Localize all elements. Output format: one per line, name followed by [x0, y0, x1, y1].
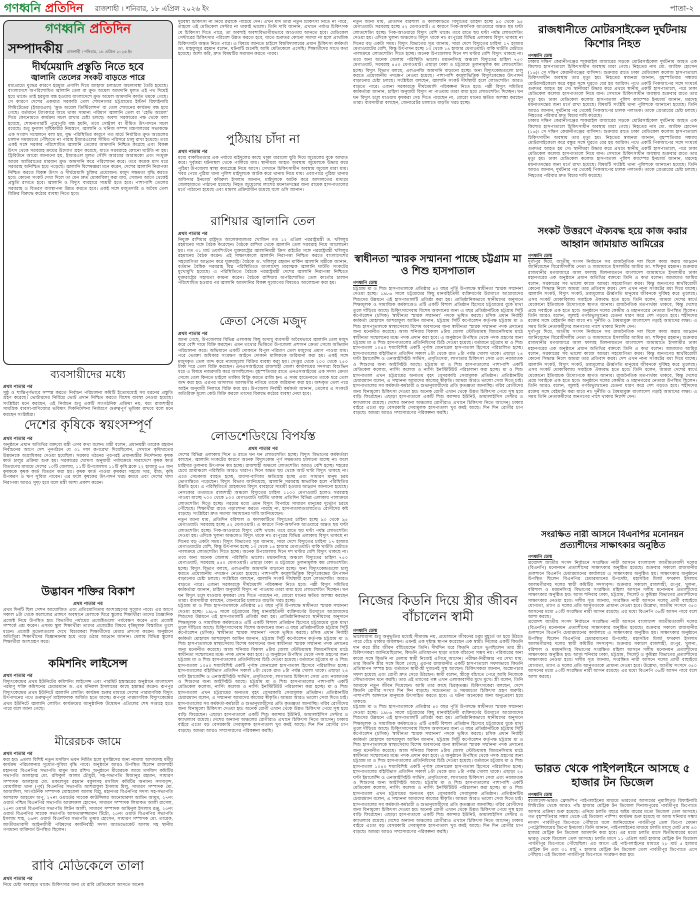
article-india-pipeline-diesel[interactable]: ভারত থেকে পাইপলাইনে আসছে ৫ হাজার টন ডিজে…	[528, 762, 697, 910]
article-byline: গণধ্বনি ডেস্ক	[528, 52, 697, 60]
article-body: নিযুক্ত রাশিয়ার রাষ্ট্রদূত আলেকজান্ডার …	[178, 238, 348, 287]
article-body: নিয়ে চেষ্টা অব্যাহত থাকে। চিকিৎসার জন্য…	[3, 883, 173, 888]
article-headline: কমিশনিং লাইসেন্স	[3, 657, 173, 671]
article-headline: রাশিয়ার জ্বালানি তেল	[178, 214, 348, 229]
article-kidney[interactable]: নিজের কিডনি দিয়ে স্ত্রীর জীবন বাঁচালেন …	[353, 592, 523, 910]
article-byline: গণধ্বনি ডেস্ক	[353, 627, 523, 635]
article-swadhinata-smarak[interactable]: স্বাধীনতা স্মারক সম্মাননা পাচ্ছে চট্টগ্র…	[353, 252, 523, 592]
editorial-logo-part1: গণধ্বনি	[45, 22, 85, 37]
article-jamaat-amir[interactable]: সংকট উত্তরণে ঐক্যবদ্ধ হয়ে কাজ করার আহ্ব…	[528, 225, 697, 530]
column-1: গণধ্বনি প্রতিদিন সম্পাদকীয় রাজশাহী । শন…	[3, 20, 173, 910]
article-body: ভালোবাসা শুধু অনুভূতির মধ্যেই সীমাবদ্ধ ন…	[353, 635, 523, 705]
editorial-date: রাজশাহী । শনিবার, ১৮ এপ্রিল ২০২৬ ইং	[67, 49, 132, 56]
article-headline: দেশের কৃষিকে স্বয়ংসম্পূর্ণ	[3, 418, 173, 434]
article-puthia[interactable]: পুঠিয়ায় চাঁদা না প্রথম পাতার পর মধ্যে …	[178, 132, 348, 214]
article-headline: ক্রেতা সেজে মজুদ	[178, 314, 348, 329]
article-kreta-seje[interactable]: ক্রেতা সেজে মজুদ প্রথম পাতার পর জানা গেছ…	[178, 314, 348, 429]
article-byline: প্রথম পাতার পর	[3, 875, 173, 883]
article-body-continued-2: চট্টগ্রাম মা ও শিশু হাসপাতালকে প্রতিষ্ঠা…	[178, 604, 348, 734]
editorial-body: মধ্যপ্রাচ্যে যুদ্ধের কারণে হরমুজ প্রণালি…	[8, 84, 168, 198]
article-byline: প্রথম পাতার পর	[178, 230, 348, 238]
editorial-subheadline: জ্বালানি তেলের সংকট বাড়তে পারে	[8, 73, 168, 82]
editorial-section-title: সম্পাদকীয়	[8, 40, 63, 61]
article-headline: লোডশেডিংয়ে বিপর্যস্ত	[178, 429, 348, 444]
article-headline: রাবি মেডিকেলে তালা	[3, 859, 173, 874]
article-body-continued: ঢাকার দক্ষিণ কেরানীগঞ্জের শাকরাইল বাজারে…	[528, 119, 697, 178]
article-byline: প্রথম পাতার পর	[3, 435, 173, 443]
article-bnp-reserved-seats[interactable]: সংরক্ষিত নারী আসনে বিএনপির মনোনয়ন প্রত্…	[528, 530, 697, 762]
article-byline: প্রথম পাতার পর	[3, 600, 173, 608]
article-commissioning[interactable]: কমিশনিং লাইসেন্স প্রথম পাতার পর বিদ্যুৎক…	[3, 657, 173, 735]
editorial-logo: গণধ্বনি প্রতিদিন	[8, 23, 168, 37]
article-body: করা হয়। ৬তলা বিশিষ্ট নতুন মসজিদ ভবন নির…	[3, 758, 173, 834]
article-body: জানা গেছে, উপজেলার বিভিন্ন এলাকায় কিছু …	[178, 338, 348, 397]
article-byline: প্রথম পাতার পর	[3, 750, 173, 758]
article-krishi[interactable]: দেশের কৃষিকে স্বয়ংসম্পূর্ণ প্রথম পাতার …	[3, 417, 173, 585]
article-body: ত্রয়োদশ জাতীয় সংসদ নির্বাচনে সংরক্ষিত …	[528, 561, 697, 620]
article-udbhabon[interactable]: উদ্ভাবন শক্তির বিকাশ প্রথম পাতার পর প্রথ…	[3, 585, 173, 657]
article-loadshedding[interactable]: লোডশেডিংয়ে বিপর্যস্ত প্রথম পাতার পর দেশ…	[178, 429, 348, 909]
article-body: দুর্গাপুর দিয়ে, জাতীয় সংসদ নির্বাচনে স…	[528, 260, 697, 330]
editorial-box: গণধ্বনি প্রতিদিন সম্পাদকীয় রাজশাহী । শন…	[3, 20, 173, 365]
article-russia-fuel[interactable]: রাশিয়ার জ্বালানি তেল প্রথম পাতার পর নিয…	[178, 214, 348, 314]
page-number: পাতা-২	[670, 3, 694, 16]
editorial-headline: দীর্ঘমেয়াদি প্রস্তুতি নিতে হবে	[8, 62, 168, 73]
article-body: ঢাকার দক্ষিণ কেরানীগঞ্জের শাকরাইল বাজারে…	[528, 60, 697, 119]
article-body: সুষ্ঠু ও শান্তিপূর্ণভাবে সম্পন্ন করতে নি…	[3, 391, 173, 417]
column-2: দুরবস্থা চিকিৎসা না নিয়ে রত্নাকে পাঠিয়…	[178, 20, 348, 910]
column-3: নতুন জানা যায়, প্রতিদিন বরিশাল ও কালকাট…	[353, 20, 523, 910]
newspaper-logo: গণধ্বনি প্রতিদিন	[4, 0, 83, 16]
article-body: প্রথম দিনটি ছিল সেশন আয়োজিত এবং প্রতিযো…	[3, 608, 173, 646]
article-byline: প্রথম পাতার পর	[3, 672, 173, 680]
article-byline: গণধ্বনি ডেস্ক	[528, 553, 697, 561]
masthead: গণধ্বনি প্রতিদিন রাজশাহী । শনিবার, ১৮ এপ…	[0, 0, 700, 17]
article-byline: প্রথম পাতার পর	[178, 445, 348, 453]
article-body-continued: চট্টগ্রাম মা ও শিশু হাসপাতালকে প্রতিষ্ঠা…	[353, 705, 523, 835]
article-byline: গণধ্বনি ডেস্ক	[528, 791, 697, 799]
article-headline: সংরক্ষিত নারী আসনে বিএনপির মনোনয়ন প্রত্…	[528, 530, 697, 552]
article-body: বিদ্যুৎকেন্দ্রের প্রথম ইউনিটের কমিশনিং ল…	[3, 680, 173, 712]
column-4: রাজধানীতে মোটরসাইকেল দুর্ঘটনায় কিশোর নি…	[528, 20, 697, 910]
article-body-continued: নতুন জানা যায়, প্রতিদিন বরিশাল ও কালকাট…	[178, 518, 348, 605]
article-rabi-continued[interactable]: দুরবস্থা চিকিৎসা না নিয়ে রত্নাকে পাঠিয়…	[178, 20, 348, 132]
article-body: দেশের বিভিন্ন এলাকায় দিনে ও রাতে ঘন ঘন …	[178, 453, 348, 518]
article-headline: ব্যবসায়ীদের মধ্যে	[3, 368, 173, 382]
article-byline: প্রথম পাতার পর	[3, 383, 173, 391]
article-loadshedding-continued[interactable]: নতুন জানা যায়, প্রতিদিন বরিশাল ও কালকাট…	[353, 20, 523, 252]
article-byline: গণধ্বনি ডেস্ক	[528, 252, 697, 260]
article-byline: গণধ্বনি ডেস্ক	[353, 279, 523, 287]
article-headline: ভারত থেকে পাইপলাইনে আসছে ৫ হাজার টন ডিজে…	[528, 762, 697, 790]
article-body: মধ্যে বাকবিতণ্ডার এক পর্যায়ে মাইদুলের ক…	[178, 156, 348, 194]
article-byline: প্রথম পাতার পর	[178, 148, 348, 156]
article-body: চট্টগ্রাম মা ও শিশু হাসপাতালকে প্রতিষ্ঠা…	[353, 287, 523, 417]
article-body: দুরবস্থা চিকিৎসা না নিয়ে রত্নাকে পাঠিয়…	[178, 20, 348, 58]
article-headline: সংকট উত্তরণে ঐক্যবদ্ধ হয়ে কাজ করার আহ্ব…	[528, 225, 697, 251]
article-bybosayider[interactable]: ব্যবসায়ীদের মধ্যে প্রথম পাতার পর সুষ্ঠু…	[3, 365, 173, 417]
article-body: নতুন জানা যায়, প্রতিদিন বরিশাল ও কালকাট…	[353, 20, 523, 107]
article-headline: মীরেরচক জামে	[3, 735, 173, 749]
article-body-continued: দুর্গাপুর দিয়ে, জাতীয় সংসদ নির্বাচনে স…	[528, 330, 697, 400]
logo-part2: প্রতিদিন	[45, 1, 83, 15]
article-byline: প্রথম পাতার পর	[178, 330, 348, 338]
article-headline: রাজধানীতে মোটরসাইকেল দুর্ঘটনায় কিশোর নি…	[528, 23, 697, 51]
article-body-continued: ত্রয়োদশ জাতীয় সংসদ নির্বাচনে সংরক্ষিত …	[528, 620, 697, 679]
article-headline: পুঠিয়ায় চাঁদা না	[178, 132, 348, 147]
article-headline: স্বাধীনতা স্মারক সম্মাননা পাচ্ছে চট্টগ্র…	[353, 254, 523, 278]
article-rabi-medical[interactable]: রাবি মেডিকেলে তালা প্রথম পাতার পর নিয়ে …	[3, 859, 173, 891]
issue-date: রাজশাহী । শনিবার, ১৮ এপ্রিল ২০২৬ ইং	[95, 3, 209, 15]
article-body: বাংলাদেশ-ভারত ফ্রেন্ডশিপ পাইপলাইনের মাধ্…	[528, 799, 697, 858]
article-motorcycle-accident[interactable]: রাজধানীতে মোটরসাইকেল দুর্ঘটনায় কিশোর নি…	[528, 20, 697, 225]
article-headline: নিজের কিডনি দিয়ে স্ত্রীর জীবন বাঁচালেন …	[353, 594, 523, 626]
editorial-logo-part2: প্রতিদিন	[89, 22, 131, 37]
article-body: অনুষ্ঠানে প্রধান অতিথির বক্তব্যে মন্ত্রী…	[3, 443, 173, 486]
logo-part1: গণধ্বনি	[4, 1, 41, 15]
editorial-header: গণধ্বনি প্রতিদিন সম্পাদকীয় রাজশাহী । শন…	[4, 21, 172, 59]
article-mirerchak[interactable]: মীরেরচক জামে প্রথম পাতার পর করা হয়। ৬তল…	[3, 735, 173, 859]
article-headline: উদ্ভাবন শক্তির বিকাশ	[3, 585, 173, 599]
